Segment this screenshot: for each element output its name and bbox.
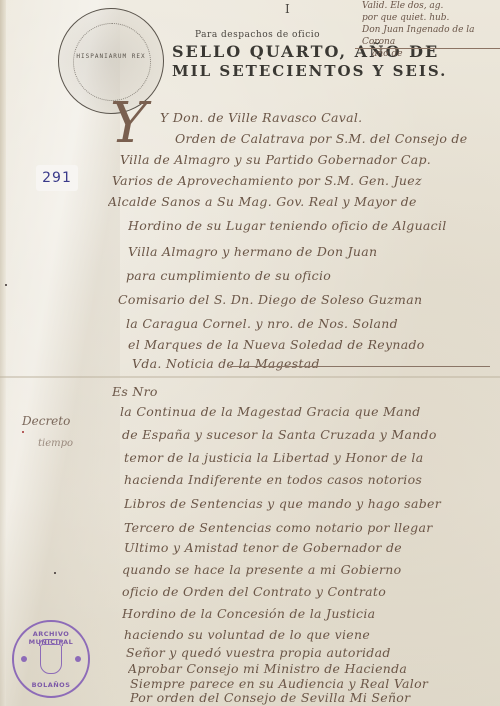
ink-speck	[54, 572, 56, 574]
text-line: Villa Almagro y hermano de Don Juan	[128, 244, 500, 259]
horizontal-fold	[0, 376, 500, 378]
text-line: Siempre parece en su Audiencia y Real Va…	[130, 676, 500, 691]
text-line: Hordino de su Lugar teniendo oficio de A…	[128, 218, 500, 233]
text-line: quando se hace la presente a mi Gobierno	[122, 562, 500, 577]
margin-note-secondary: tiempo	[38, 438, 73, 449]
text-line: para cumplimiento de su oficio	[126, 268, 500, 283]
header-cross-mark: I	[285, 2, 290, 16]
corner-annotation-line: Valid. Ele dos, ag.	[362, 0, 500, 12]
municipal-archive-stamp: ARCHIVO MUNICIPAL BOLAÑOS	[12, 620, 90, 698]
text-line: Vda. Noticia de la Magestad	[132, 356, 500, 371]
text-line: Tercero de Sentencias como notario por l…	[124, 520, 500, 535]
text-line: la Continua de la Magestad Gracia que Ma…	[120, 404, 500, 419]
archive-stamp-bottom-text: BOLAÑOS	[14, 681, 88, 689]
stamp-dot-left	[21, 656, 27, 662]
seal-legend: HISPANIARUM REX	[59, 53, 163, 60]
archive-number-label: 291	[36, 165, 78, 191]
stamp-paper-heading-line2: MIL SETECIENTOS Y SEIS.	[172, 62, 447, 80]
text-line: Señor y quedó vuestra propia autoridad	[126, 645, 500, 660]
text-line: Orden de Calatrava por S.M. del Consejo …	[175, 131, 500, 146]
text-line: Es Nro	[112, 384, 500, 399]
text-line: oficio de Orden del Contrato y Contrato	[122, 584, 500, 599]
corner-annotation-rule	[355, 48, 500, 49]
decorative-initial: Y	[110, 96, 147, 152]
section-rule	[230, 366, 490, 367]
text-line: hacienda Indiferente en todos casos noto…	[124, 472, 500, 487]
text-line: el Marques de la Nueva Soledad de Reynad…	[128, 337, 500, 352]
text-line: Por orden del Consejo de Sevilla Mi Seño…	[130, 690, 500, 705]
text-line: de España y sucesor la Santa Cruzada y M…	[122, 427, 500, 442]
ink-speck	[22, 431, 24, 433]
text-line: Y Don. de Ville Ravasco Caval.	[160, 110, 500, 125]
header-small-print: Para despachos de oficio	[195, 30, 320, 40]
text-line: haciendo su voluntad de lo que viene	[124, 627, 500, 642]
text-line: Aprobar Consejo mi Ministro de Hacienda	[128, 661, 500, 676]
text-line: Ultimo y Amistad tenor de Gobernador de	[124, 540, 500, 555]
text-line: Comisario del S. Dn. Diego de Soleso Guz…	[118, 292, 500, 307]
text-line: temor de la justicia la Libertad y Honor…	[124, 450, 500, 465]
text-line: Hordino de la Concesión de la Justicia	[122, 606, 500, 621]
corner-annotation-line: Don Juan Ingenado de la Corona	[362, 24, 500, 48]
text-line: Alcalde Sanos a Su Mag. Gov. Real y Mayo…	[108, 194, 500, 209]
text-line: Varios de Aprovechamiento por S.M. Gen. …	[112, 173, 500, 188]
text-line: la Caragua Cornel. y nro. de Nos. Soland	[126, 316, 500, 331]
margin-note-decreto: Decreto	[22, 414, 70, 428]
stamp-dot-right	[75, 656, 81, 662]
text-line: Libros de Sentencias y que mando y hago …	[124, 496, 500, 511]
corner-annotation: Valid. Ele dos, ag. por que quiet. hub. …	[362, 0, 500, 60]
text-line: Villa de Almagro y su Partido Gobernador…	[120, 152, 500, 167]
corner-annotation-line: por que quiet. hub.	[362, 12, 500, 24]
manuscript-page: HISPANIARUM REX I Para despachos de ofic…	[0, 0, 500, 706]
corner-annotation-line: año de	[362, 48, 500, 60]
seal-inner-ring	[73, 23, 151, 101]
coat-of-arms-icon	[40, 644, 62, 674]
ink-speck	[5, 284, 7, 286]
